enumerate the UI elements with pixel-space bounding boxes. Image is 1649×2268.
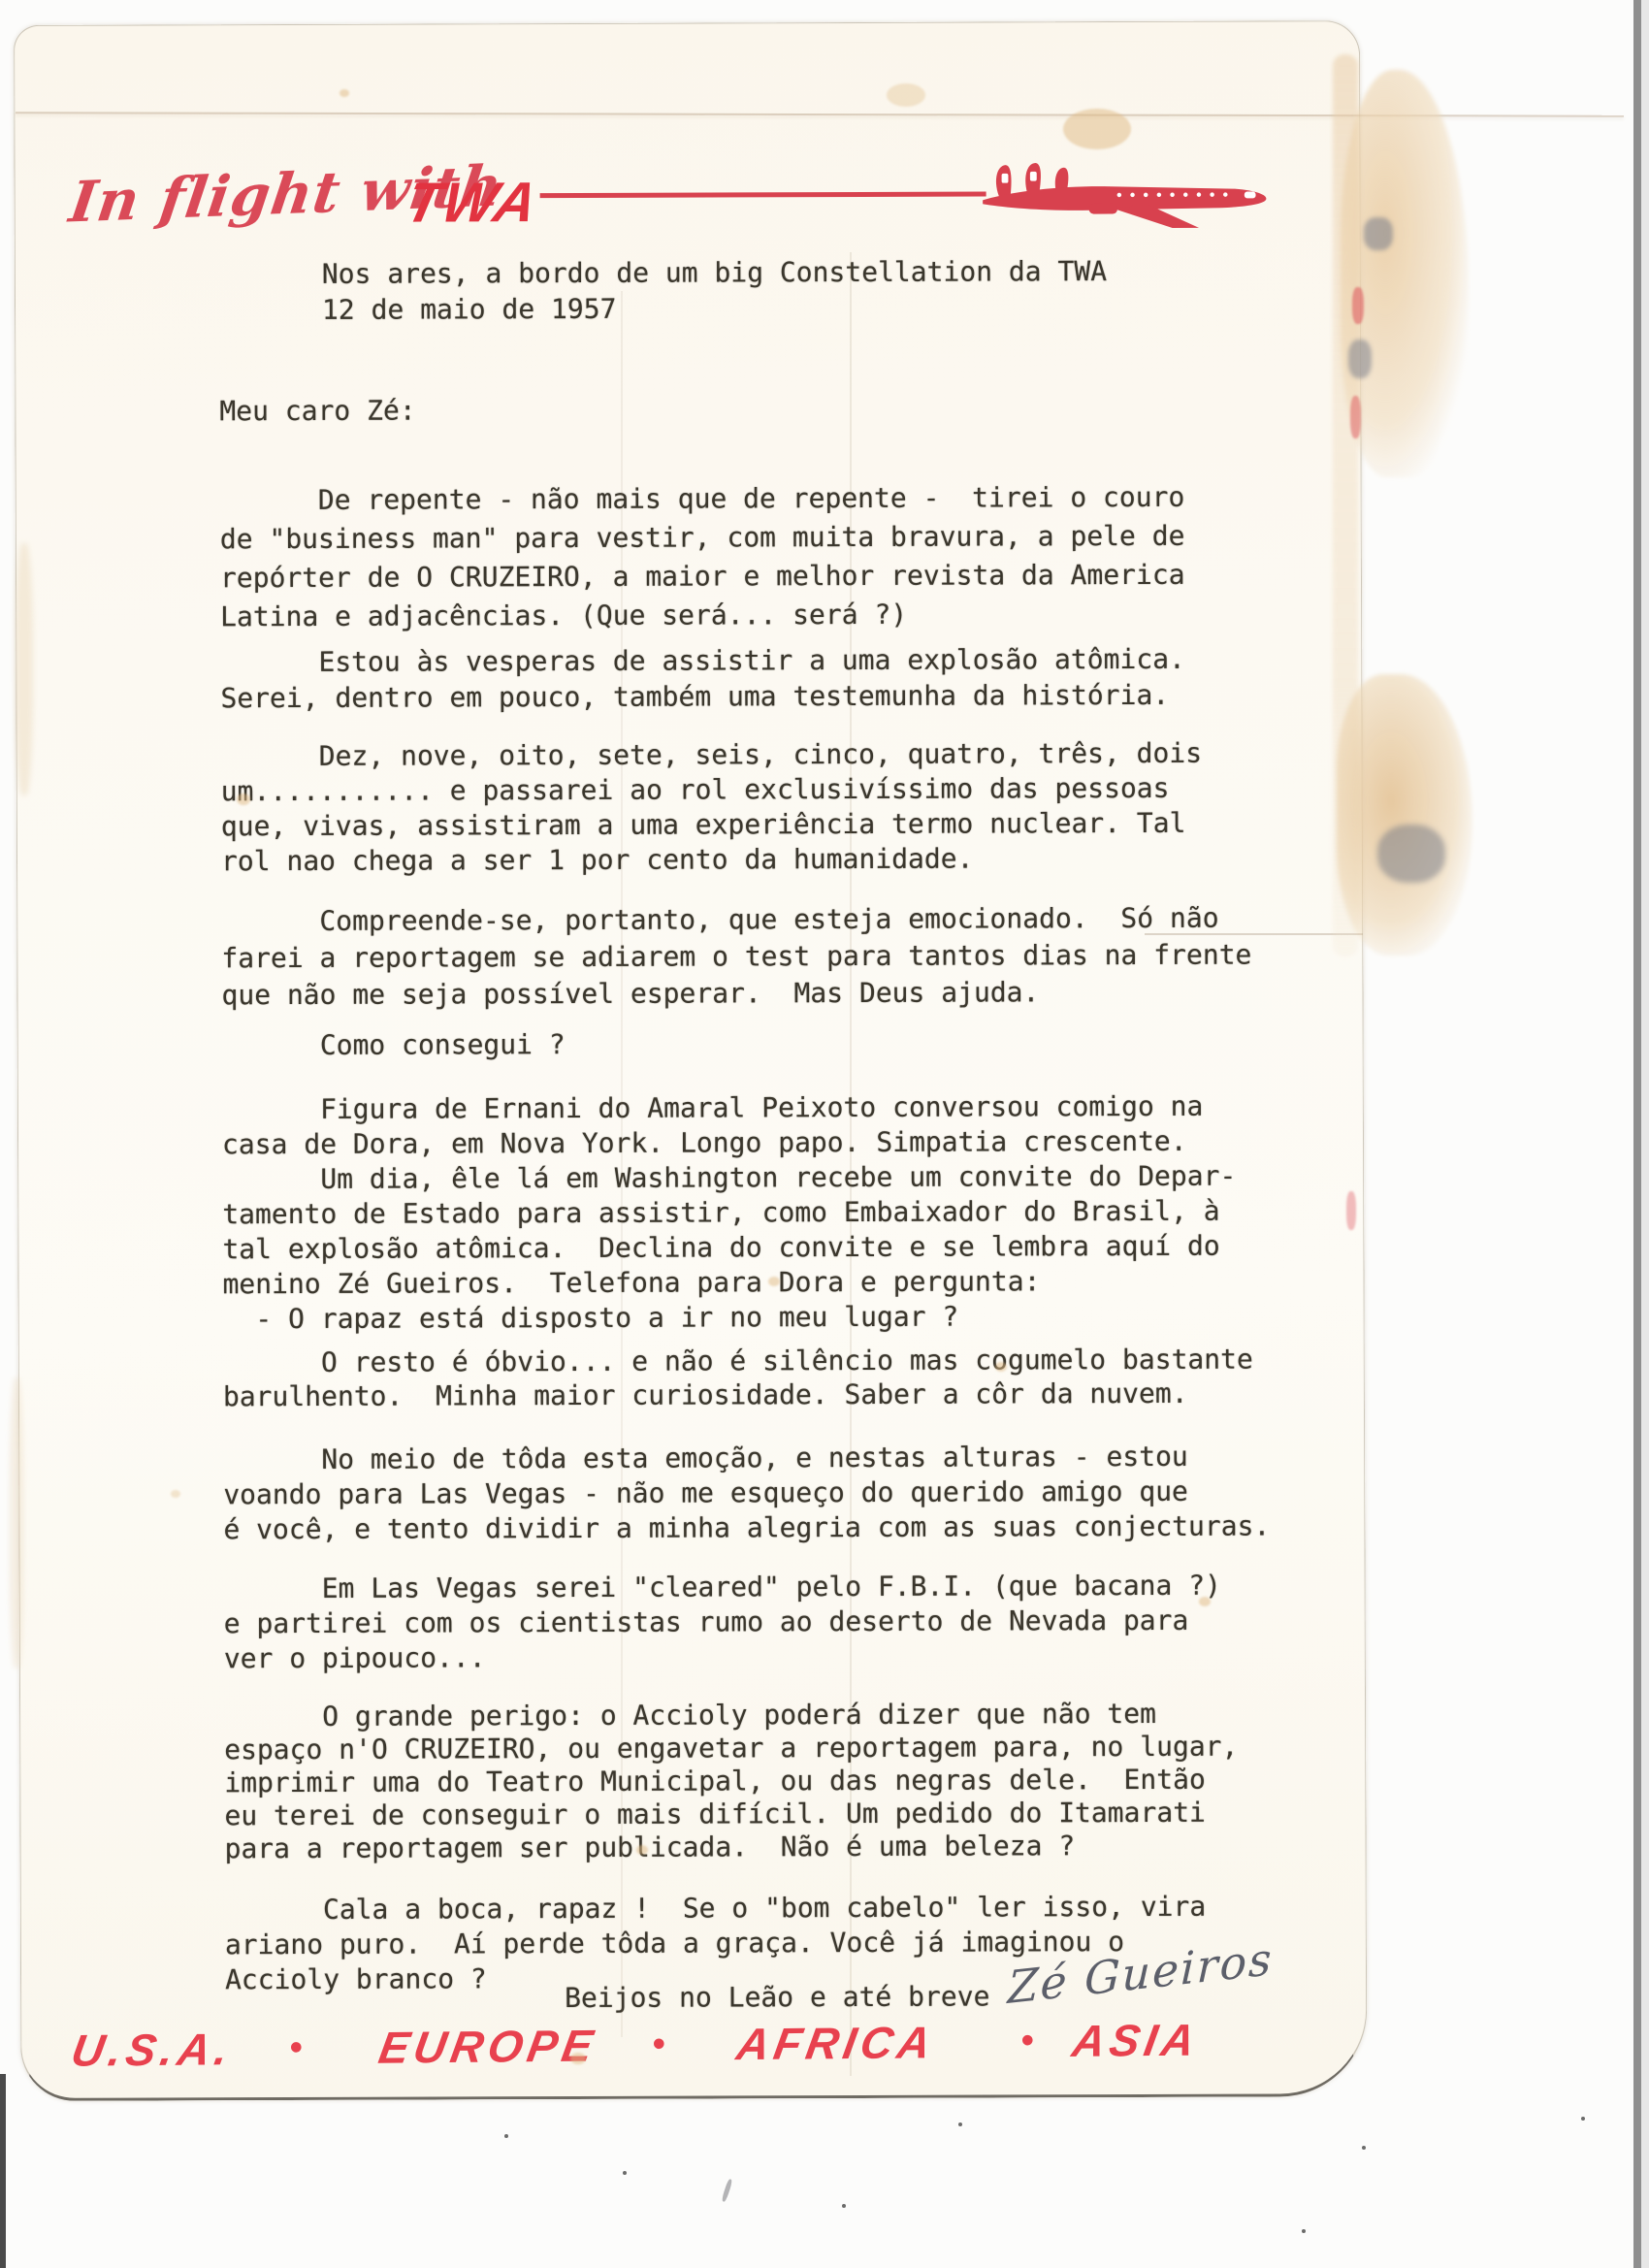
- paragraph: No meio de tôda esta emoção, e nestas al…: [223, 1439, 1270, 1547]
- ink-smudge: [1364, 217, 1393, 250]
- letter-paper: In flight with TWA Nos are: [14, 20, 1367, 2101]
- scan-speck: [1581, 2117, 1585, 2121]
- footer-bullet: •: [1018, 2025, 1036, 2058]
- scan-speck: [842, 2204, 846, 2208]
- scan-speck: [958, 2122, 962, 2126]
- scan-speck: [1362, 2146, 1366, 2150]
- footer-asia: ASIA: [1069, 2014, 1204, 2067]
- scanner-edge-line: [1633, 0, 1641, 2268]
- scanner-edge-bottom-left: [0, 2074, 6, 2268]
- footer-bullet: •: [650, 2028, 667, 2062]
- paragraph: O resto é óbvio... e não é silêncio mas …: [223, 1343, 1253, 1414]
- paragraph: Figura de Ernani do Amaral Peixoto conve…: [222, 1089, 1237, 1338]
- scan-speck: [623, 2171, 627, 2175]
- letterhead-rule: [540, 192, 986, 199]
- footer-africa: AFRICA: [733, 2016, 940, 2070]
- scanner-edge-shadow: [1641, 0, 1649, 2268]
- scan-mark: [721, 2179, 732, 2202]
- scanned-letter-page: In flight with TWA Nos are: [0, 0, 1649, 2268]
- paragraph: Em Las Vegas serei "cleared" pelo F.B.I.…: [224, 1569, 1222, 1677]
- scan-speck: [504, 2134, 508, 2138]
- scan-speck: [1302, 2229, 1306, 2233]
- paragraph: Dez, nove, oito, sete, seis, cinco, quat…: [221, 736, 1203, 880]
- footer-europe: EUROPE: [375, 2019, 601, 2073]
- footer-routes: U.S.A. • EUROPE • AFRICA • ASIA: [21, 2012, 1367, 2083]
- constellation-airplane-icon: [975, 149, 1281, 234]
- paragraph: De repente - não mais que de repente - t…: [220, 478, 1185, 636]
- paragraph: Compreende-se, portanto, que esteja emoc…: [221, 900, 1251, 1015]
- paragraph: Como consegui ?: [222, 1026, 566, 1063]
- paragraph: Estou às vesperas de assistir a uma expl…: [220, 641, 1185, 716]
- salutation: Meu caro Zé:: [219, 393, 415, 430]
- footer-bullet: •: [287, 2031, 305, 2065]
- paragraph: O grande perigo: o Accioly poderá dizer …: [224, 1698, 1239, 1866]
- closing-line: Beijos no Leão e até breve: [565, 1980, 989, 2014]
- twa-logo: TWA: [400, 170, 545, 236]
- footer-usa: U.S.A.: [68, 2023, 237, 2077]
- dateline: Nos ares, a bordo de um big Constellatio…: [322, 253, 1107, 328]
- ink-smudge: [1377, 825, 1445, 883]
